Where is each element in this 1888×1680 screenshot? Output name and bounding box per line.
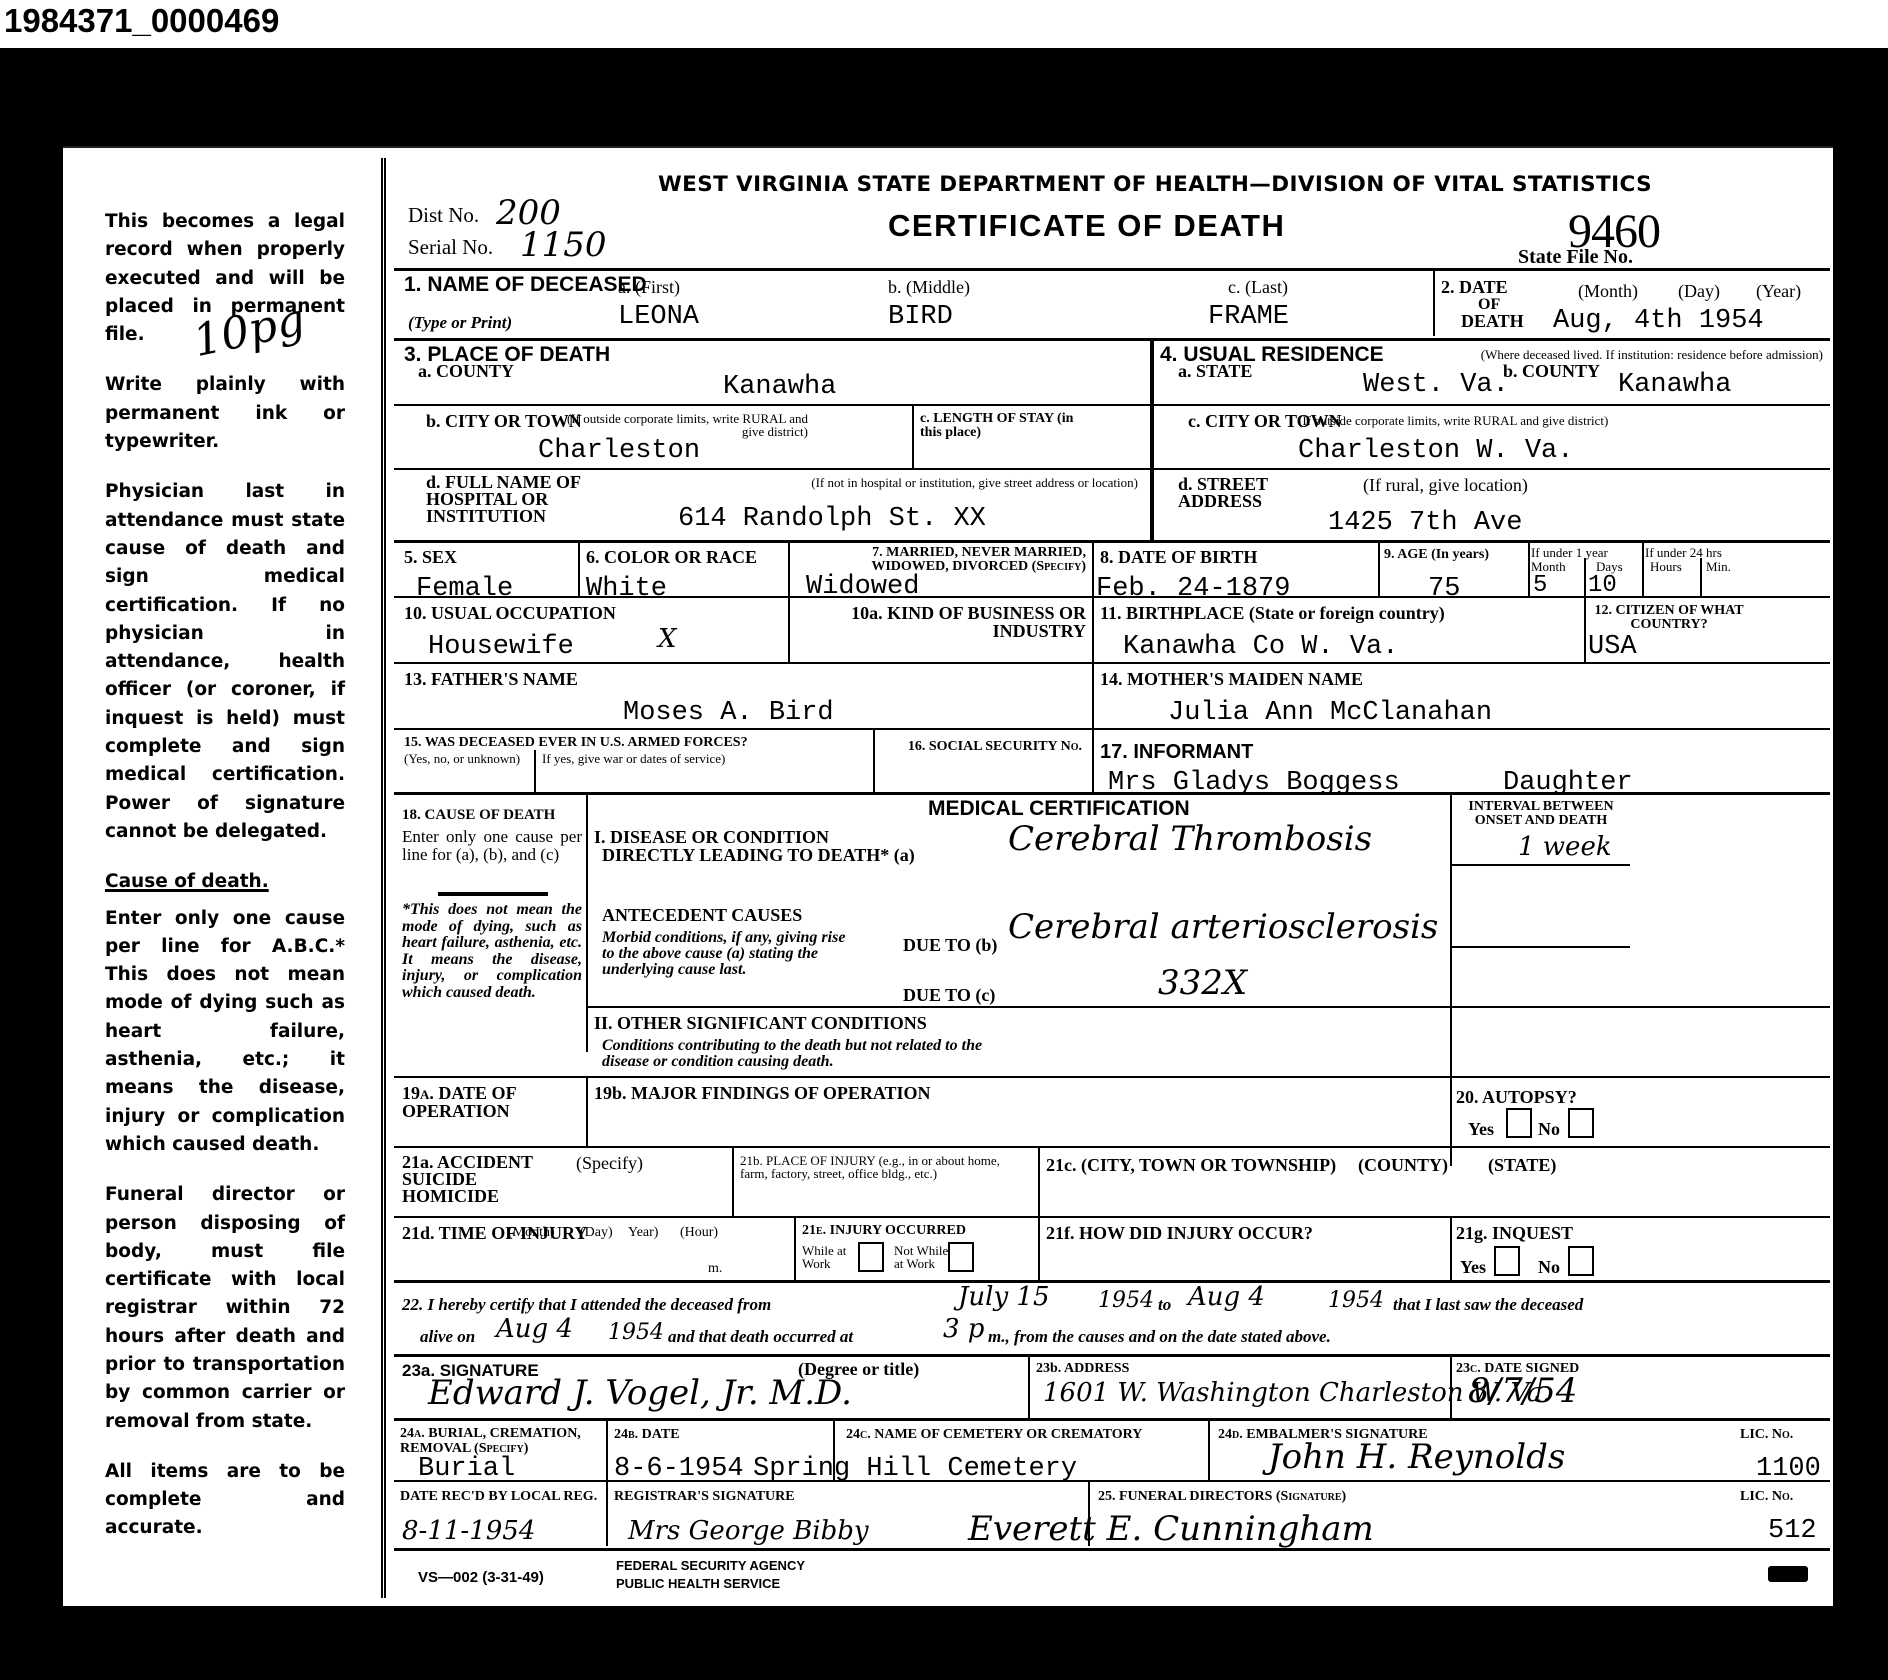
antecedent-note: Morbid conditions, if any, giving rise t… xyxy=(602,930,852,978)
sex-label: 5. SEX xyxy=(404,548,457,566)
under-year-label: If under 1 year xyxy=(1531,546,1608,559)
rule xyxy=(394,468,1830,470)
race-field[interactable]: White xyxy=(586,576,667,603)
business-label: 10a. KIND OF BUSINESS OR INDUSTRY xyxy=(796,604,1086,640)
due-to-b-label: DUE TO (b) xyxy=(903,936,997,954)
due-to-c-label: DUE TO (c) xyxy=(903,986,995,1004)
birth-date-label: 8. DATE OF BIRTH xyxy=(1100,548,1257,566)
part2-label: II. OTHER SIGNIFICANT CONDITIONS xyxy=(594,1014,927,1032)
rule xyxy=(394,792,1830,795)
rule xyxy=(394,404,1830,406)
director-lic-label: LIC. No. xyxy=(1740,1490,1793,1504)
rule xyxy=(1450,792,1452,1166)
medical-certification-heading: MEDICAL CERTIFICATION xyxy=(928,798,1190,819)
registrar-signature-label: REGISTRAR'S SIGNATURE xyxy=(614,1490,795,1504)
cemetery-field[interactable]: Spring Hill Cemetery xyxy=(753,1456,1077,1483)
rule xyxy=(1450,1354,1452,1418)
father-name-field[interactable]: Moses A. Bird xyxy=(623,700,834,727)
rule xyxy=(788,540,790,596)
armed-forces-label: 15. WAS DECEASED EVER IN U.S. ARMED FORC… xyxy=(404,736,748,750)
injury-city-label: 21c. (CITY, TOWN OR TOWNSHIP) xyxy=(1046,1156,1336,1174)
marital-status-label: 7. MARRIED, NEVER MARRIED, WIDOWED, DIVO… xyxy=(794,546,1086,574)
street-address-label: d. STREET ADDRESS xyxy=(1178,476,1328,510)
dist-no-label: Dist No. xyxy=(408,206,479,224)
injury-type-label: 21a. ACCIDENT SUICIDE HOMICIDE xyxy=(402,1154,542,1205)
instruction-physician: Physician last in attendance must state … xyxy=(105,478,345,846)
date-received-field[interactable]: 8-11-1954 xyxy=(402,1518,535,1544)
serial-no-value[interactable]: 1150 xyxy=(520,228,607,262)
rule xyxy=(394,1216,1830,1218)
occupation-label: 10. USUAL OCCUPATION xyxy=(404,604,616,622)
date-of-death-label-3: DEATH xyxy=(1461,312,1524,330)
injury-m-label: m. xyxy=(708,1262,722,1276)
instruction-complete: All items are to be complete and accurat… xyxy=(105,1458,345,1543)
autopsy-yes-label: Yes xyxy=(1468,1120,1494,1138)
inquest-label: 21g. INQUEST xyxy=(1456,1224,1573,1242)
informant-label: 17. INFORMANT xyxy=(1100,742,1253,763)
hospital-note: (If not in hospital or institution, give… xyxy=(628,476,1138,489)
inquest-yes-checkbox[interactable] xyxy=(1494,1246,1520,1276)
name-label: 1. NAME OF DECEASED xyxy=(404,274,647,295)
not-while-at-work-checkbox[interactable] xyxy=(948,1242,974,1272)
citizen-label: 12. CITIZEN OF WHAT COUNTRY? xyxy=(1594,604,1744,632)
date-received-label: DATE REC'D BY LOCAL REG. xyxy=(400,1488,605,1505)
cemetery-label: 24c. NAME OF CEMETERY OR CREMATORY xyxy=(846,1428,1142,1442)
hours-label: Hours xyxy=(1650,560,1682,573)
footer-agency-1: FEDERAL SECURITY AGENCY xyxy=(616,1558,805,1573)
operation-date-label: 19a. DATE OF OPERATION xyxy=(402,1084,552,1120)
sex-field[interactable]: Female xyxy=(416,576,513,603)
part1-label: I. DISEASE OR CONDITION xyxy=(594,828,829,846)
injury-month-label: (Month) xyxy=(508,1226,555,1240)
rule xyxy=(1642,540,1644,596)
rule xyxy=(586,1076,588,1146)
rule xyxy=(1038,1146,1040,1216)
mother-name-label: 14. MOTHER'S MAIDEN NAME xyxy=(1100,670,1363,688)
injury-county-label: (COUNTY) xyxy=(1358,1156,1448,1174)
street-note: (If rural, give location) xyxy=(1363,476,1528,494)
inquest-yes-label: Yes xyxy=(1460,1258,1486,1276)
rule xyxy=(1028,1354,1030,1418)
embalmer-lic-field[interactable]: 1100 xyxy=(1756,1456,1821,1483)
rule xyxy=(1038,1216,1040,1280)
registrar-signature[interactable]: Mrs George Bibby xyxy=(628,1518,869,1544)
autopsy-label: 20. AUTOPSY? xyxy=(1456,1088,1577,1106)
date-of-death-field[interactable]: Aug, 4th 1954 xyxy=(1553,308,1764,335)
stamp-mark xyxy=(1768,1566,1808,1582)
rule xyxy=(606,1418,608,1480)
date-signed-field[interactable]: 8/7/54 xyxy=(1468,1374,1577,1408)
cause-of-death-label: 18. CAUSE OF DEATH xyxy=(402,808,582,822)
certification-to: to xyxy=(1158,1296,1171,1314)
interval-a-field[interactable]: 1 week xyxy=(1518,834,1612,860)
rule xyxy=(586,792,588,1052)
attended-to-date[interactable]: Aug 4 xyxy=(1188,1284,1265,1310)
birthplace-field[interactable]: Kanawha Co W. Va. xyxy=(1123,634,1398,661)
burial-date-field[interactable]: 8-6-1954 xyxy=(614,1456,744,1483)
residence-state-label: a. STATE xyxy=(1178,362,1252,380)
interval-label: INTERVAL BETWEEN ONSET AND DEATH xyxy=(1456,800,1626,828)
instruction-cause: Enter only one cause per line for A.B.C.… xyxy=(105,905,345,1160)
residence-county-label: b. COUNTY xyxy=(1503,362,1600,380)
occupation-field[interactable]: Housewife xyxy=(428,634,574,661)
state-file-number[interactable]: 9460 xyxy=(1568,204,1660,259)
rule xyxy=(578,540,580,596)
cause-b-field[interactable]: Cerebral arteriosclerosis xyxy=(1008,910,1438,944)
middle-name-label: b. (Middle) xyxy=(888,278,970,296)
under-day-label: If under 24 hrs xyxy=(1645,546,1722,559)
certification-text-5: m., from the causes and on the date stat… xyxy=(988,1328,1331,1346)
father-name-label: 13. FATHER'S NAME xyxy=(404,670,578,688)
county-label: a. COUNTY xyxy=(418,362,514,380)
embalmer-lic-label: LIC. No. xyxy=(1740,1428,1793,1442)
column-divider xyxy=(381,158,386,1598)
residence-city-field[interactable]: Charleston W. Va. xyxy=(1298,438,1573,465)
last-name-label: c. (Last) xyxy=(1228,278,1288,296)
footer-agency-2: PUBLIC HEALTH SERVICE xyxy=(616,1576,780,1591)
rule xyxy=(394,728,1830,730)
rule xyxy=(873,728,875,792)
armed-forces-sub2: If yes, give war or dates of service) xyxy=(542,752,725,765)
rule xyxy=(394,1548,1830,1551)
rule xyxy=(534,750,536,792)
rule xyxy=(394,1146,1830,1148)
first-name-label: a. (First) xyxy=(618,278,680,296)
autopsy-no-label: No xyxy=(1538,1120,1560,1138)
rule xyxy=(1433,270,1435,336)
rule xyxy=(788,596,790,662)
while-at-work-label: While at Work xyxy=(802,1244,858,1270)
instruction-cause-heading: Cause of death. xyxy=(105,868,345,896)
rule xyxy=(394,1280,1830,1283)
rule xyxy=(1450,864,1630,866)
injury-state-label: (STATE) xyxy=(1488,1156,1556,1174)
day-label: (Day) xyxy=(1678,282,1720,300)
rule xyxy=(394,1354,1830,1357)
age-days-field[interactable]: 10 xyxy=(1588,572,1617,599)
birthplace-label: 11. BIRTHPLACE (State or foreign country… xyxy=(1100,604,1445,622)
autopsy-no-checkbox[interactable] xyxy=(1568,1108,1594,1138)
occupation-mark: X xyxy=(658,626,677,652)
death-certificate: This becomes a legal record when properl… xyxy=(63,146,1833,1606)
cause-c-field[interactable]: 332X xyxy=(1158,966,1247,1000)
rule xyxy=(1378,540,1380,596)
rule xyxy=(1208,1418,1210,1480)
instruction-funeral-director: Funeral director or person disposing of … xyxy=(105,1181,345,1436)
agency-title: WEST VIRGINIA STATE DEPARTMENT OF HEALTH… xyxy=(658,172,1652,197)
burial-method-label: 24a. BURIAL, CREMATION, REMOVAL (Specify… xyxy=(400,1426,600,1456)
death-city-field[interactable]: Charleston xyxy=(538,438,700,465)
rule xyxy=(394,662,1830,664)
burial-date-label: 24b. DATE xyxy=(614,1428,680,1442)
part1-label-2: DIRECTLY LEADING TO DEATH* (a) xyxy=(602,846,915,864)
burial-method-field[interactable]: Burial xyxy=(418,1456,515,1483)
date-of-death-label-1: 2. DATE xyxy=(1441,278,1508,296)
instruction-write-plainly: Write plainly with permanent ink or type… xyxy=(105,371,345,456)
injury-specify-label: (Specify) xyxy=(576,1154,643,1172)
street-address-field[interactable]: 1425 7th Ave xyxy=(1328,510,1522,537)
citizen-field[interactable]: USA xyxy=(1588,634,1637,661)
minutes-label: Min. xyxy=(1706,560,1731,573)
rule xyxy=(1700,558,1702,596)
funeral-director-signature[interactable]: Everett E. Cunningham xyxy=(968,1512,1374,1546)
alive-on-year[interactable]: 1954 xyxy=(608,1320,664,1346)
city-note: (If outside corporate limits, write RURA… xyxy=(548,412,808,438)
middle-name-field[interactable]: BIRD xyxy=(888,304,953,331)
rule xyxy=(912,404,914,468)
attended-to-year[interactable]: 1954 xyxy=(1328,1288,1384,1314)
ssn-label: 16. SOCIAL SECURITY No. xyxy=(882,740,1082,754)
injury-hour-label: (Hour) xyxy=(680,1226,718,1240)
rule xyxy=(1528,540,1530,596)
rule xyxy=(394,338,1830,341)
rule xyxy=(394,540,1830,543)
armed-forces-sub1: (Yes, no, or unknown) xyxy=(404,752,520,765)
injury-how-label: 21f. HOW DID INJURY OCCUR? xyxy=(1046,1224,1313,1242)
funeral-director-label: 25. FUNERAL DIRECTORS (Signature) xyxy=(1098,1490,1346,1504)
rule xyxy=(1092,540,1094,792)
director-lic-field[interactable]: 512 xyxy=(1768,1518,1817,1545)
not-while-at-work-label: Not While at Work xyxy=(894,1244,954,1270)
serial-no-label: Serial No. xyxy=(408,238,493,256)
embalmer-signature[interactable]: John H. Reynolds xyxy=(1268,1440,1565,1474)
first-name-field[interactable]: LEONA xyxy=(618,304,699,331)
hospital-label: d. FULL NAME OF HOSPITAL OR INSTITUTION xyxy=(426,474,596,525)
document-id: 1984371_0000469 xyxy=(4,2,279,40)
death-county-field[interactable]: Kanawha xyxy=(723,374,836,401)
rule xyxy=(394,1076,1830,1078)
cause-instructions: Enter only one cause per line for (a), (… xyxy=(402,828,582,864)
cause-a-field[interactable]: Cerebral Thrombosis xyxy=(1008,822,1372,856)
rule xyxy=(394,1480,1830,1482)
antecedent-label: ANTECEDENT CAUSES xyxy=(602,906,802,924)
length-of-stay-label: c. LENGTH OF STAY (in this place) xyxy=(920,412,1090,440)
rule xyxy=(586,1006,1830,1008)
document-id-bar: 1984371_0000469 xyxy=(0,0,1888,48)
injury-day-label: (Day) xyxy=(580,1226,613,1240)
residence-city-note: (If outside corporate limits, write RURA… xyxy=(1298,414,1608,427)
rule xyxy=(1450,1216,1452,1280)
residence-note: (Where deceased lived. If institution: r… xyxy=(1443,348,1823,361)
rule xyxy=(732,1146,734,1216)
certification-text-3: alive on xyxy=(420,1328,475,1346)
rule xyxy=(394,596,1830,598)
part2-note: Conditions contributing to the death but… xyxy=(602,1038,1022,1070)
rule xyxy=(1584,598,1586,662)
hospital-field[interactable]: 614 Randolph St. XX xyxy=(678,506,986,533)
injury-year-label: Year) xyxy=(628,1226,658,1240)
rule xyxy=(794,1216,796,1280)
rule xyxy=(438,892,548,896)
race-label: 6. COLOR OR RACE xyxy=(586,548,757,566)
age-months-field[interactable]: 5 xyxy=(1533,572,1547,599)
certification-text-1: 22. I hereby certify that I attended the… xyxy=(402,1296,771,1314)
name-sublabel: (Type or Print) xyxy=(408,314,512,332)
form-area: Dist No. 200 Serial No. 1150 WEST VIRGIN… xyxy=(388,148,1833,1608)
residence-state-field[interactable]: West. Va. xyxy=(1363,372,1509,399)
certification-text-2: that I last saw the deceased xyxy=(1393,1296,1583,1314)
attended-from-date[interactable]: July 15 xyxy=(958,1284,1050,1310)
mother-name-field[interactable]: Julia Ann McClanahan xyxy=(1168,700,1492,727)
rule xyxy=(606,1480,608,1546)
certificate-title: CERTIFICATE OF DEATH xyxy=(888,208,1285,244)
rule xyxy=(394,1418,1830,1421)
physician-signature[interactable]: Edward J. Vogel, Jr. M.D. xyxy=(428,1376,852,1410)
form-number: VS—002 (3-31-49) xyxy=(418,1570,544,1585)
alive-on-date[interactable]: Aug 4 xyxy=(496,1316,573,1342)
age-years-field[interactable]: 75 xyxy=(1428,576,1460,603)
inquest-no-label: No xyxy=(1538,1258,1560,1276)
month-label: (Month) xyxy=(1578,282,1638,300)
last-name-field[interactable]: FRAME xyxy=(1208,304,1289,331)
inquest-no-checkbox[interactable] xyxy=(1568,1246,1594,1276)
operation-findings-label: 19b. MAJOR FINDINGS OF OPERATION xyxy=(594,1084,931,1102)
cause-footnote: *This does not mean the mode of dying, s… xyxy=(402,902,582,1001)
autopsy-yes-checkbox[interactable] xyxy=(1506,1108,1532,1138)
residence-county-field[interactable]: Kanawha xyxy=(1618,372,1731,399)
attended-from-year[interactable]: 1954 xyxy=(1098,1288,1154,1314)
rule xyxy=(394,268,1830,271)
rule xyxy=(1150,340,1154,540)
certification-text-4: and that death occurred at xyxy=(668,1328,853,1346)
injury-occurred-label: 21e. INJURY OCCURRED xyxy=(802,1224,966,1238)
rule xyxy=(1584,558,1586,596)
while-at-work-checkbox[interactable] xyxy=(858,1242,884,1272)
rule xyxy=(1450,946,1630,948)
injury-time-label: 21d. TIME OF INJURY xyxy=(402,1224,587,1242)
death-time-field[interactable]: 3 p xyxy=(943,1316,984,1342)
birth-date-field[interactable]: Feb. 24-1879 xyxy=(1096,576,1290,603)
injury-place-label: 21b. PLACE OF INJURY (e.g., in or about … xyxy=(740,1154,1030,1180)
age-label: 9. AGE (In years) xyxy=(1384,548,1489,562)
physician-address-label: 23b. ADDRESS xyxy=(1036,1362,1129,1376)
instructions-column: This becomes a legal record when properl… xyxy=(105,208,345,1565)
year-label: (Year) xyxy=(1756,282,1801,300)
